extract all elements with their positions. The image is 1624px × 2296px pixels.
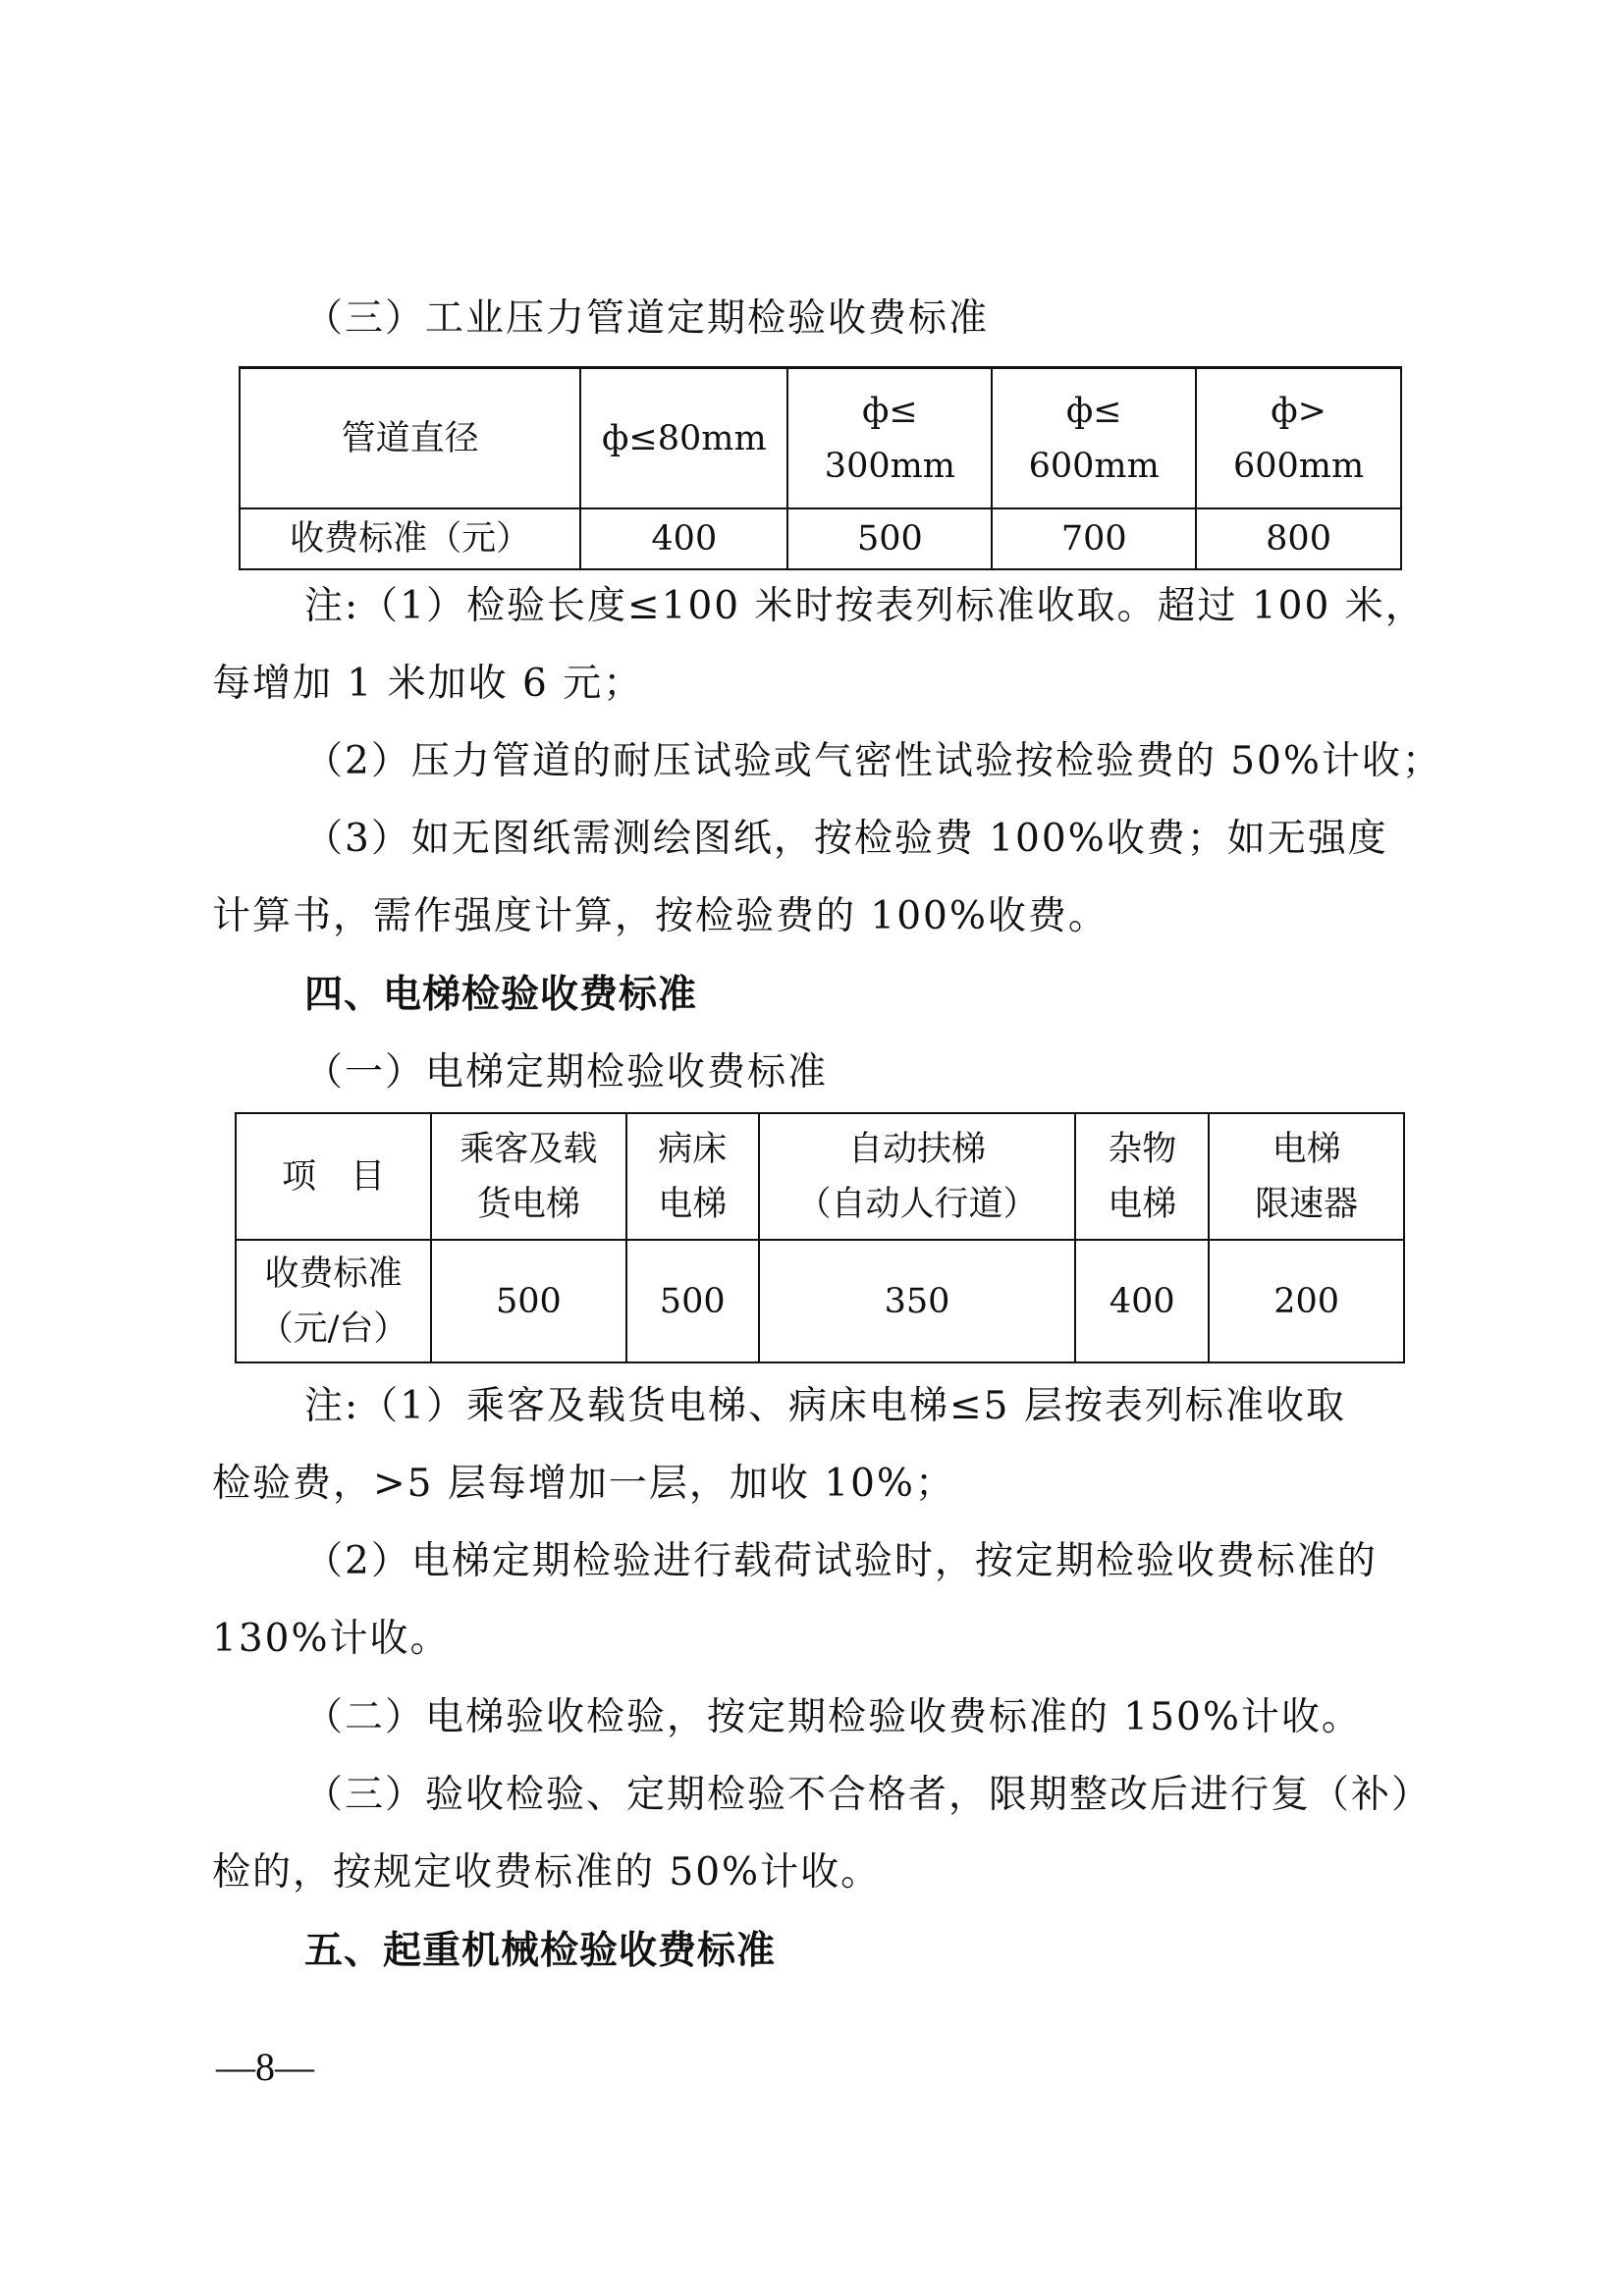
note-line: 注:（1）乘客及载货电梯、病床电梯≤5 层按表列标准收取: [304, 1382, 1346, 1431]
section3-heading: （三）工业压力管道定期检验收费标准: [304, 294, 989, 344]
note-line: （2）压力管道的耐压试验或气密性试验按检验费的 50%计收；: [304, 737, 1442, 786]
diameter-cell: ф≤ 600mm: [992, 368, 1196, 509]
column-header: 杂物 电梯: [1075, 1113, 1209, 1240]
diameter-cell: ф> 600mm: [1196, 368, 1401, 509]
row-header-diameter: 管道直径: [240, 368, 580, 509]
column-header-text: 货电梯: [432, 1177, 625, 1232]
column-header: 乘客及载 货电梯: [431, 1113, 626, 1240]
diameter-text: ф≤: [993, 384, 1195, 439]
fee-cell: 500: [787, 508, 992, 569]
note-line: 130%计收。: [212, 1615, 451, 1664]
note-line: （2）电梯定期检验进行载荷试验时，按定期检验收费标准的: [304, 1537, 1378, 1586]
column-header: 电梯 限速器: [1209, 1113, 1404, 1240]
diameter-text: 300mm: [788, 439, 991, 494]
table-row: 项 目 乘客及载 货电梯 病床 电梯 自动扶梯 （自动人行道） 杂物 电梯 电梯…: [236, 1113, 1404, 1240]
fee-cell: 500: [431, 1240, 626, 1362]
header-label-cell: 项 目: [236, 1113, 431, 1240]
column-header-text: 电梯: [1076, 1177, 1208, 1232]
section4-sub1-heading: （一）电梯定期检验收费标准: [304, 1048, 828, 1097]
note-line: 计算书，需作强度计算，按检验费的 100%收费。: [212, 892, 1109, 941]
column-header-text: 乘客及载: [432, 1122, 625, 1177]
column-header-text: 电梯: [1210, 1122, 1403, 1177]
section4-heading: 四、电梯检验收费标准: [304, 971, 697, 1020]
note-line: 每增加 1 米加收 6 元；: [212, 660, 643, 709]
column-header: 病床 电梯: [626, 1113, 759, 1240]
fee-cell: 700: [992, 508, 1196, 569]
column-header-text: 杂物: [1076, 1122, 1208, 1177]
diameter-text: 600mm: [993, 439, 1195, 494]
fee-label-cell: 收费标准 （元/台）: [236, 1240, 431, 1362]
diameter-text: ф≤80mm: [581, 411, 786, 466]
fee-label-text: 收费标准: [237, 1247, 430, 1302]
elevator-fee-table: 项 目 乘客及载 货电梯 病床 电梯 自动扶梯 （自动人行道） 杂物 电梯 电梯…: [235, 1112, 1405, 1363]
pipeline-fee-table: 管道直径 ф≤80mm ф≤ 300mm ф≤ 600mm ф> 600mm 收…: [239, 366, 1402, 570]
fee-cell: 400: [580, 508, 787, 569]
note-line: （3）如无图纸需测绘图纸，按检验费 100%收费；如无强度: [304, 815, 1388, 864]
page-number: —8—: [216, 2044, 314, 2090]
fee-cell: 200: [1209, 1240, 1404, 1362]
fee-label-text: （元/台）: [237, 1302, 430, 1357]
fee-cell: 800: [1196, 508, 1401, 569]
column-header-text: 病床: [627, 1122, 758, 1177]
column-header-text: 自动扶梯: [760, 1122, 1075, 1177]
column-header-text: 限速器: [1210, 1177, 1403, 1232]
column-header-text: 电梯: [627, 1177, 758, 1232]
note-line: 检验费，>5 层每增加一层，加收 10%；: [212, 1460, 955, 1509]
section4-sub3-line2: 检的，按规定收费标准的 50%计收。: [212, 1848, 881, 1897]
column-header-text: （自动人行道）: [760, 1177, 1075, 1232]
section4-sub3-line1: （三）验收检验、定期检验不合格者，限期整改后进行复（补）: [304, 1771, 1432, 1820]
fee-cell: 500: [626, 1240, 759, 1362]
column-header: 自动扶梯 （自动人行道）: [759, 1113, 1076, 1240]
note-line: 注:（1）检验长度≤100 米时按表列标准收取。超过 100 米，: [304, 582, 1426, 631]
diameter-text: ф>: [1197, 384, 1400, 439]
table-row: 管道直径 ф≤80mm ф≤ 300mm ф≤ 600mm ф> 600mm: [240, 368, 1401, 509]
table-row: 收费标准（元） 400 500 700 800: [240, 508, 1401, 569]
diameter-text: ф≤: [788, 384, 991, 439]
diameter-text: 600mm: [1197, 439, 1400, 494]
row-header-fee: 收费标准（元）: [240, 508, 580, 569]
section5-heading: 五、起重机械检验收费标准: [304, 1927, 776, 1976]
section4-sub2: （二）电梯验收检验，按定期检验收费标准的 150%计收。: [304, 1693, 1362, 1742]
fee-cell: 400: [1075, 1240, 1209, 1362]
fee-cell: 350: [759, 1240, 1076, 1362]
diameter-cell: ф≤ 300mm: [787, 368, 992, 509]
diameter-cell: ф≤80mm: [580, 368, 787, 509]
table-row: 收费标准 （元/台） 500 500 350 400 200: [236, 1240, 1404, 1362]
